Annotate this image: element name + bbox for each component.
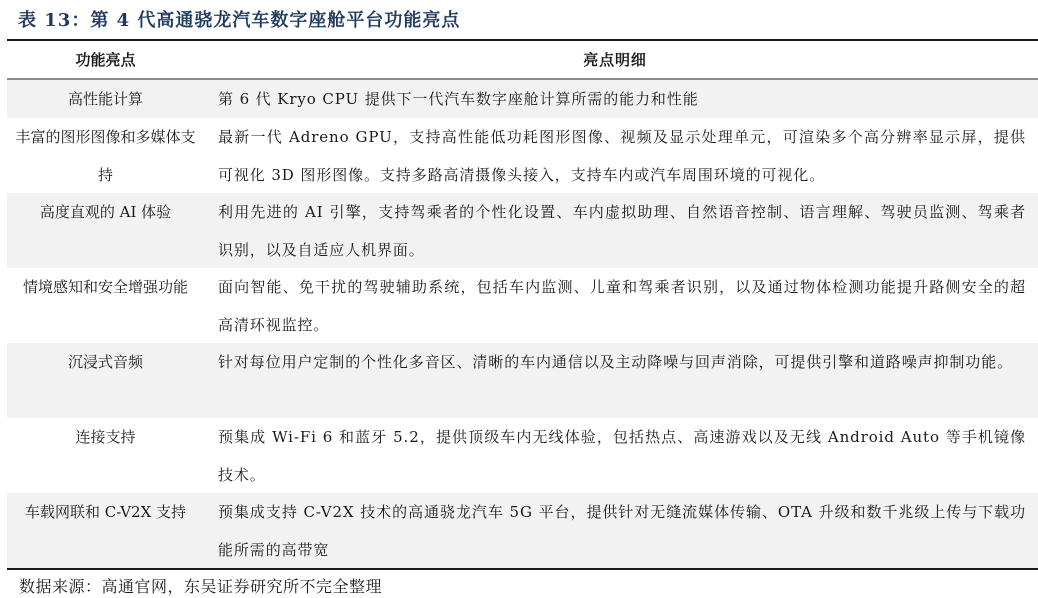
table-row: 情境感知和安全增强功能 面向智能、免干扰的驾驶辅助系统，包括车内监测、儿童和驾乘… (7, 268, 1038, 343)
detail-cell: 最新一代 Adreno GPU，支持高性能低功耗图形图像、视频及显示处理单元，可… (204, 118, 1038, 193)
header-feature: 功能亮点 (7, 41, 204, 79)
feature-cell: 丰富的图形图像和多媒体支持 (7, 118, 204, 193)
feature-cell: 高性能计算 (7, 80, 204, 118)
feature-cell: 沉浸式音频 (7, 343, 204, 418)
table-row: 丰富的图形图像和多媒体支持 最新一代 Adreno GPU，支持高性能低功耗图形… (7, 118, 1038, 193)
bottom-rule (7, 568, 1038, 570)
table-header-row: 功能亮点 亮点明细 (7, 41, 1038, 80)
detail-cell: 第 6 代 Kryo CPU 提供下一代汽车数字座舱计算所需的能力和性能 (204, 80, 1038, 118)
feature-table: 功能亮点 亮点明细 高性能计算 第 6 代 Kryo CPU 提供下一代汽车数字… (7, 39, 1038, 570)
detail-cell: 面向智能、免干扰的驾驶辅助系统，包括车内监测、儿童和驾乘者识别，以及通过物体检测… (204, 268, 1038, 343)
table-row: 车载网联和 C-V2X 支持 预集成支持 C-V2X 技术的高通骁龙汽车 5G … (7, 493, 1038, 568)
table-row: 高度直观的 AI 体验 利用先进的 AI 引擎，支持驾乘者的个性化设置、车内虚拟… (7, 193, 1038, 268)
feature-cell: 高度直观的 AI 体验 (7, 193, 204, 268)
detail-cell: 利用先进的 AI 引擎，支持驾乘者的个性化设置、车内虚拟助理、自然语音控制、语言… (204, 193, 1038, 268)
table-title: 表 13：第 4 代高通骁龙汽车数字座舱平台功能亮点 (18, 6, 460, 34)
table-row: 高性能计算 第 6 代 Kryo CPU 提供下一代汽车数字座舱计算所需的能力和… (7, 80, 1038, 118)
detail-cell: 预集成 Wi-Fi 6 和蓝牙 5.2，提供顶级车内无线体验，包括热点、高速游戏… (204, 418, 1038, 493)
table-row: 连接支持 预集成 Wi-Fi 6 和蓝牙 5.2，提供顶级车内无线体验，包括热点… (7, 418, 1038, 493)
detail-cell: 针对每位用户定制的个性化多音区、清晰的车内通信以及主动降噪与回声消除，可提供引擎… (204, 343, 1038, 418)
header-detail: 亮点明细 (204, 41, 1038, 79)
feature-cell: 连接支持 (7, 418, 204, 493)
feature-cell: 车载网联和 C-V2X 支持 (7, 493, 204, 568)
source-note: 数据来源：高通官网，东吴证券研究所不完全整理 (19, 574, 382, 597)
detail-cell: 预集成支持 C-V2X 技术的高通骁龙汽车 5G 平台，提供针对无缝流媒体传输、… (204, 493, 1038, 568)
feature-cell: 情境感知和安全增强功能 (7, 268, 204, 343)
table-row: 沉浸式音频 针对每位用户定制的个性化多音区、清晰的车内通信以及主动降噪与回声消除… (7, 343, 1038, 418)
